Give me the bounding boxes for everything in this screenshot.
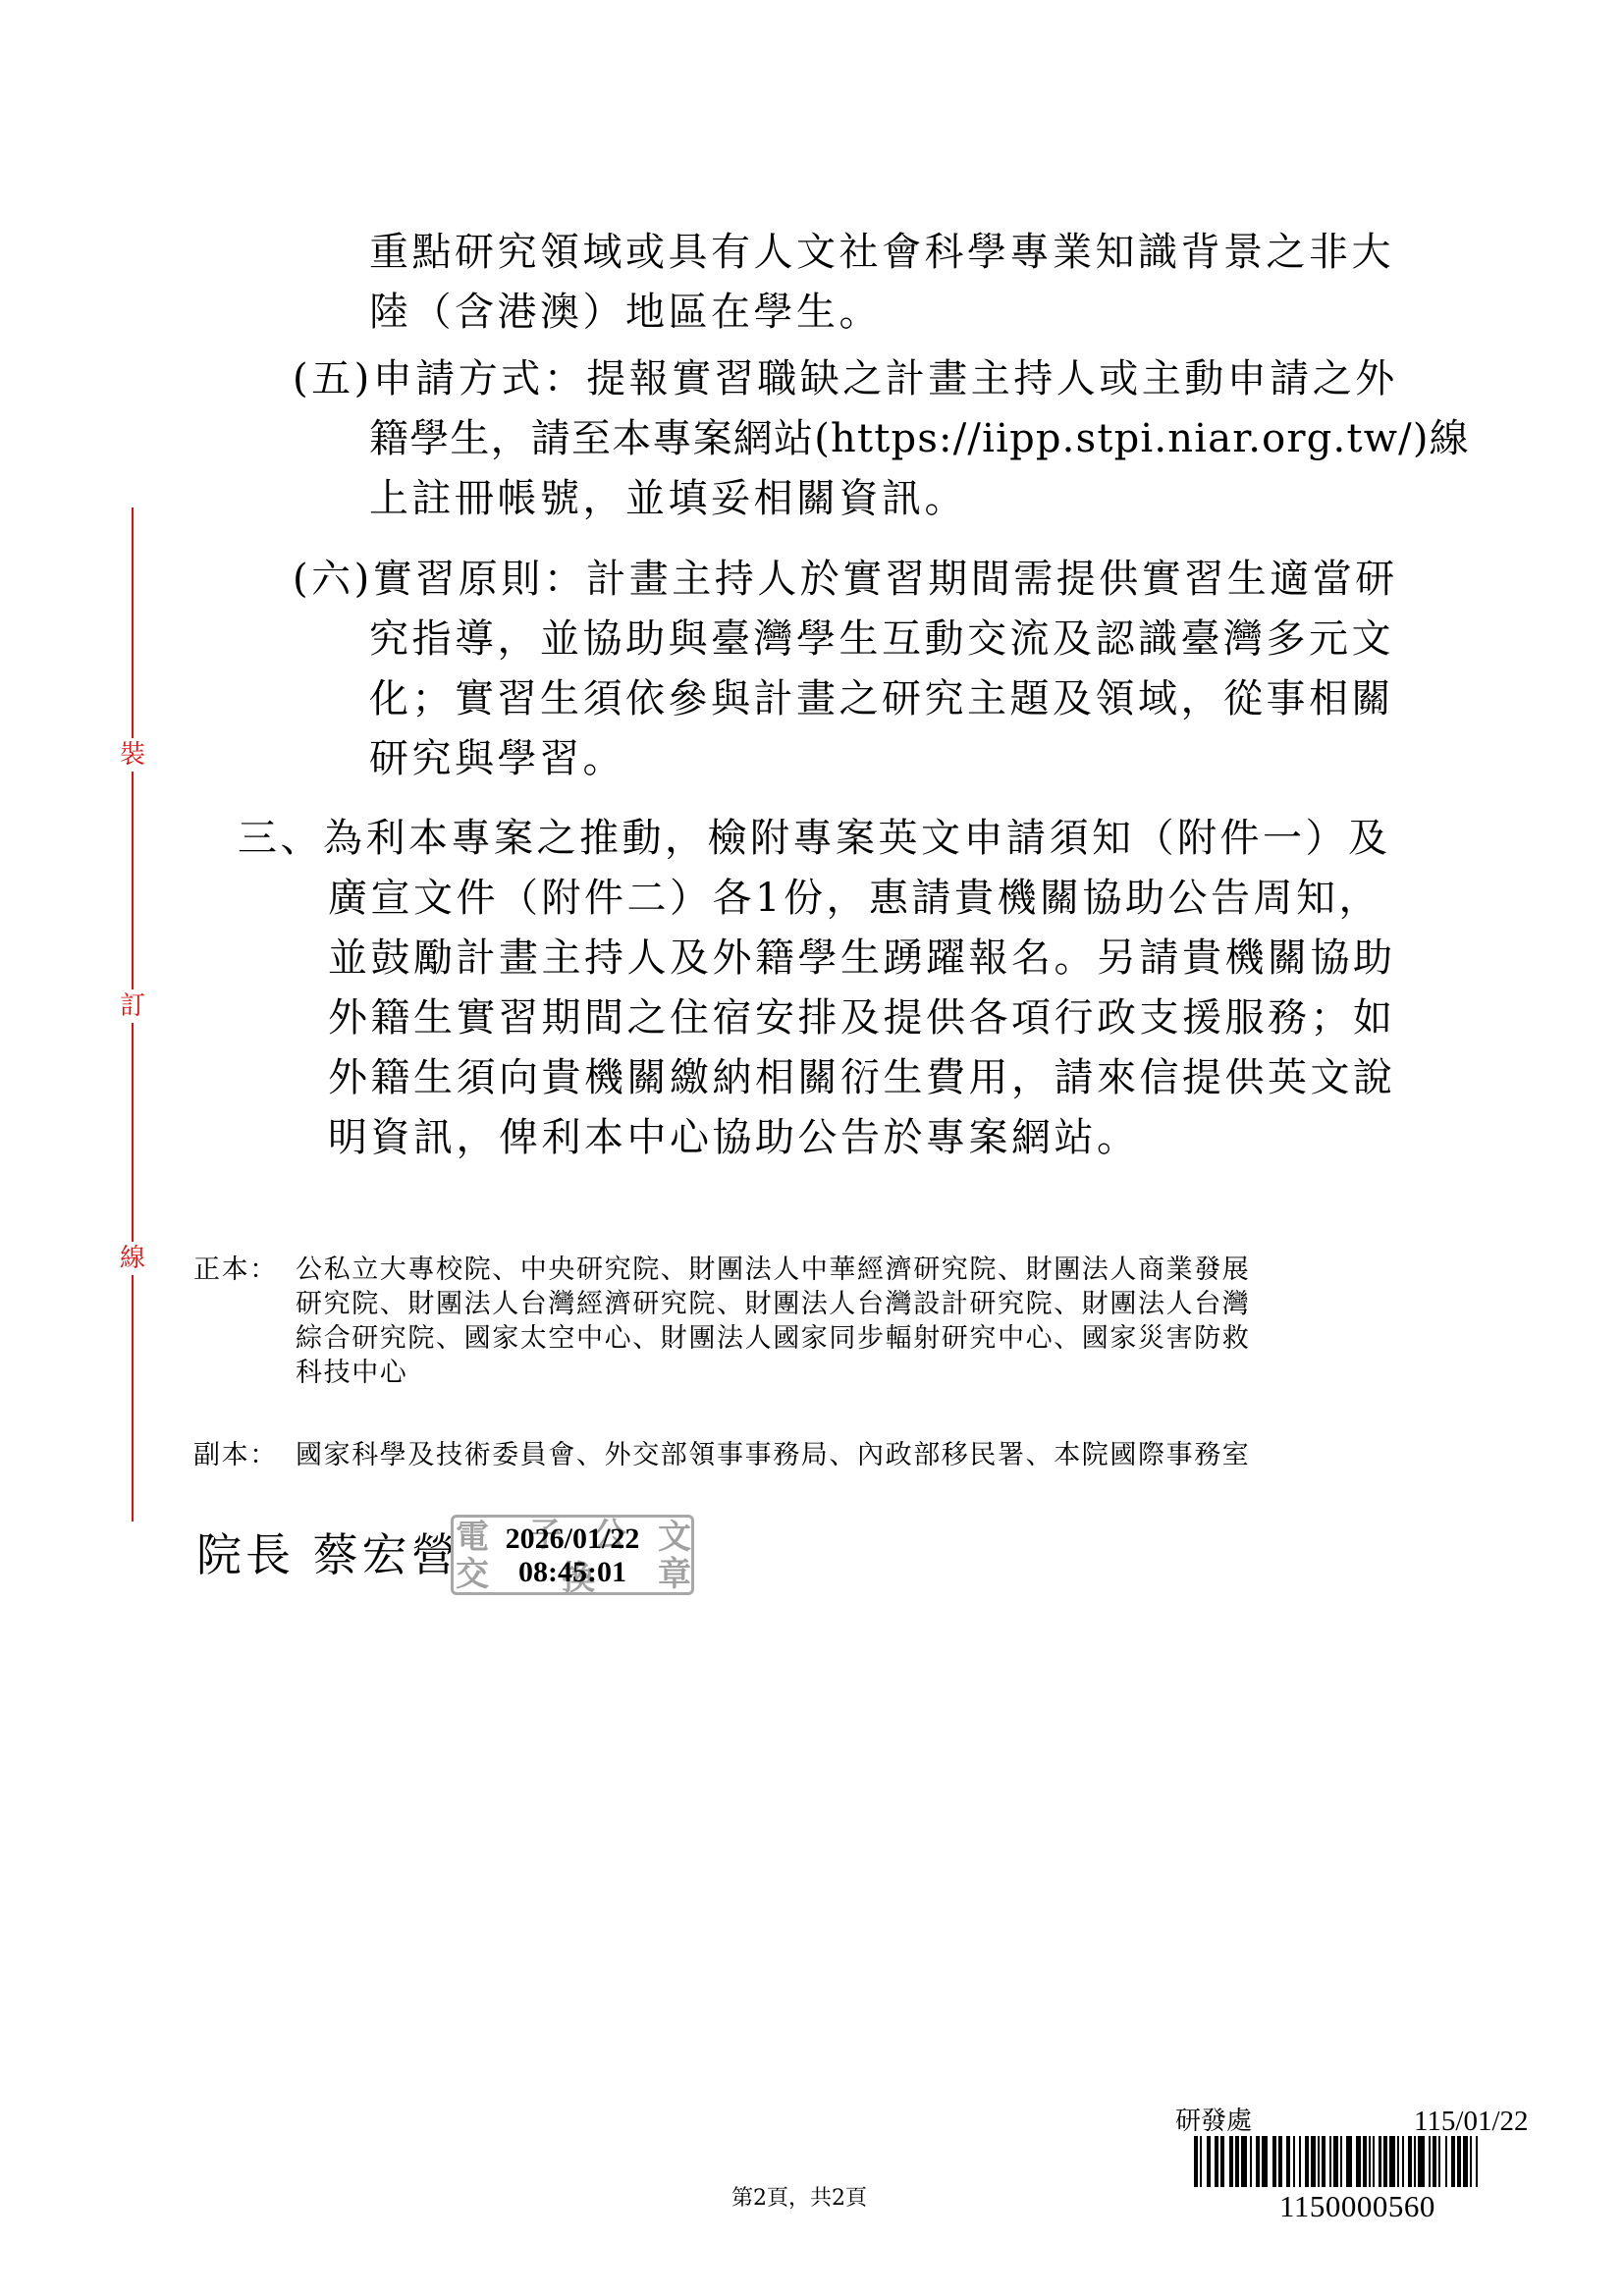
stamp-date: 2026/01/22: [454, 1523, 691, 1555]
distribution-original-line: 研究院、財團法人台灣經濟研究院、財團法人台灣設計研究院、財團法人台灣: [296, 1289, 1250, 1320]
item-6-text: 實習原則：計畫主持人於實習期間需提供實習生適當研: [373, 557, 1398, 602]
signature-title: 院長: [196, 1528, 295, 1581]
section-3-marker: 三、: [238, 815, 323, 862]
binding-label-zhuang: 裝: [116, 738, 149, 772]
body-line: 上註冊帳號，並填妥相關資訊。: [369, 475, 967, 522]
body-line: 化；實習生須依參與計畫之研究主題及領域，從事相關: [369, 675, 1394, 722]
signature-block: 院長 蔡宏營: [196, 1527, 460, 1582]
body-line: 究指導，並協助與臺灣學生互動交流及認識臺灣多元文: [369, 615, 1394, 663]
barcode-bar: [1476, 2136, 1478, 2187]
electronic-exchange-stamp: 電 子 公 文 交 換 章 2026/01/22 08:45:01: [451, 1515, 694, 1595]
body-line: 陸（含港澳）地區在學生。: [369, 289, 882, 336]
distribution-original-label: 正本：: [193, 1255, 278, 1286]
binding-label-xian: 線: [116, 1242, 149, 1275]
issuing-date: 115/01/22: [1414, 2107, 1529, 2136]
distribution-original-line: 綜合研究院、國家太空中心、財團法人國家同步輻射研究中心、國家災害防救: [296, 1323, 1250, 1355]
page-indicator: 第2頁，共2頁: [731, 2185, 867, 2213]
item-5-url-line: 籍學生，請至本專案網站(https://iipp.stpi.niar.org.t…: [369, 415, 1470, 462]
signature-name: 蔡宏營: [313, 1528, 460, 1581]
item-5-text: 申請方式：提報實習職缺之計畫主持人或主動申請之外: [373, 356, 1398, 401]
item-6-first-line: (六)實習原則：計畫主持人於實習期間需提供實習生適當研: [293, 556, 1398, 603]
body-line: 重點研究領域或具有人文社會科學專業知識背景之非大: [369, 229, 1394, 276]
distribution-original-line: 公私立大專校院、中央研究院、財團法人中華經濟研究院、財團法人商業發展: [296, 1255, 1250, 1286]
body-line: 廣宣文件（附件二）各1份，惠請貴機關協助公告周知，: [328, 875, 1381, 922]
item-5-marker: (五): [293, 355, 373, 402]
issuing-office: 研發處: [1175, 2107, 1252, 2136]
section-3-first-line: 三、為利本專案之推動，檢附專案英文申請須知（附件一）及: [238, 815, 1391, 862]
item-5-first-line: (五)申請方式：提報實習職缺之計畫主持人或主動申請之外: [293, 355, 1398, 402]
distribution-copy-label: 副本：: [193, 1440, 278, 1471]
distribution-copy-line: 國家科學及技術委員會、外交部領事事務局、內政部移民署、本院國際事務室: [296, 1440, 1250, 1471]
body-line: 研究與學習。: [369, 735, 625, 782]
stamp-time: 08:45:01: [454, 1557, 691, 1588]
item-6-marker: (六): [293, 556, 373, 603]
body-line: 明資訊，俾利本中心協助公告於專案網站。: [328, 1114, 1140, 1161]
body-line: 外籍生實習期間之住宿安排及提供各項行政支援服務；如: [328, 994, 1396, 1041]
binding-label-ding: 訂: [116, 989, 149, 1023]
body-line: 並鼓勵計畫主持人及外籍學生踴躍報名。另請貴機關協助: [328, 934, 1396, 982]
barcode-number: 1150000560: [1279, 2191, 1435, 2222]
document-barcode: [1194, 2136, 1508, 2187]
body-line: 外籍生須向貴機關繳納相關衍生費用，請來信提供英文說: [328, 1054, 1396, 1101]
distribution-original-line: 科技中心: [296, 1358, 407, 1389]
document-page: 裝 訂 線 重點研究領域或具有人文社會科學專業知識背景之非大 陸（含港澳）地區在…: [0, 0, 1623, 2296]
section-3-text: 為利本專案之推動，檢附專案英文申請須知（附件一）及: [323, 816, 1391, 861]
